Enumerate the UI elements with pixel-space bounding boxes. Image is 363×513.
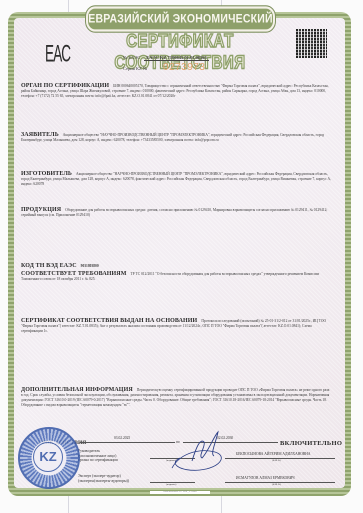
- section-text: Акционерное общество "НАУЧНО-ПРОИЗВОДСТВ…: [21, 133, 324, 142]
- eac-mark-icon: ЕАС: [45, 40, 70, 68]
- certificate-title: СЕРТИФИКАТ СООТВЕТСТВИЯ: [88, 31, 272, 53]
- section-heading: КОД ТН ВЭД ЕАЭС: [21, 263, 77, 269]
- head-name-caption: (Ф.И.О.): [272, 459, 281, 462]
- certificate-number: № ЕАЭСЕАЭС KZ 7100841.01.01.06265: [123, 55, 209, 61]
- section-certification-body: ОРГАН ПО СЕРТИФИКАЦИИБИН 000640005170, Т…: [21, 84, 331, 99]
- expert-label-line: (эксперты(эксперты-аудиторы)): [78, 479, 129, 484]
- head-name: БЕКПОСЫНОВА АЙГЕРИМ АДИЛХАНОВНА: [236, 452, 310, 456]
- section-applicant: ЗАЯВИТЕЛЬАкционерное общество "НАУЧНО-ПР…: [21, 133, 331, 143]
- head-label: Руководитель (уполномоченное лицо) орган…: [78, 449, 118, 463]
- validity-suffix: ВКЛЮЧИТЕЛЬНО: [280, 440, 342, 447]
- union-banner: ЕВРАЗИЙСКИЙ ЭКОНОМИЧЕСКИЙ СОЮЗ: [86, 6, 275, 31]
- series-number: 0273973: [163, 62, 205, 73]
- signature-icon: [170, 428, 230, 478]
- tn-ved-code: 9031803800: [81, 264, 99, 268]
- footer-strip: Бланк изготовлен АО "НПЦ", г. Астана: [150, 491, 210, 494]
- section-basis: СЕРТИФИКАТ СООТВЕТСТВИЯ ВЫДАН НА ОСНОВАН…: [21, 319, 331, 334]
- qr-code-icon: [296, 29, 327, 58]
- section-tn-ved: КОД ТН ВЭД ЕАЭС9031803800: [21, 264, 331, 269]
- official-stamp-icon: KZ: [18, 427, 80, 489]
- number-value: ЕАЭС KZ 7100841.01.01.06265: [144, 55, 209, 61]
- series-label: Серия KZ №: [123, 66, 147, 71]
- section-text: Оборудование для работы во взрывоопасных…: [21, 208, 327, 217]
- head-label-line: органа по сертификации: [78, 458, 118, 463]
- validity-from-date: 03.02.2025: [114, 436, 130, 440]
- expert-name: ИСМАГУЛОВ АЛМАЗ ЕРМЕКОВИЧ: [236, 476, 295, 480]
- section-requirements: СООТВЕТСТВУЕТ ТРЕБОВАНИЯМТР ТС 012/2011 …: [21, 272, 331, 282]
- number-label: № ЕАЭС: [123, 55, 140, 60]
- expert-label: Эксперт (эксперт-аудитор) (эксперты(эксп…: [78, 474, 129, 483]
- section-manufacturer: ИЗГОТОВИТЕЛЬАкционерное общество "НАУЧНО…: [21, 172, 331, 187]
- expert-name-caption: (Ф.И.О.): [272, 483, 281, 486]
- section-additional-info: ДОПОЛНИТЕЛЬНАЯ ИНФОРМАЦИЯПериодическую о…: [21, 388, 331, 408]
- validity-from-line: [80, 442, 175, 443]
- expert-signature-caption: (подпись): [166, 483, 176, 486]
- section-product: ПРОДУКЦИЯОборудование для работы во взры…: [21, 208, 331, 218]
- stamp-mark: KZ: [33, 442, 63, 472]
